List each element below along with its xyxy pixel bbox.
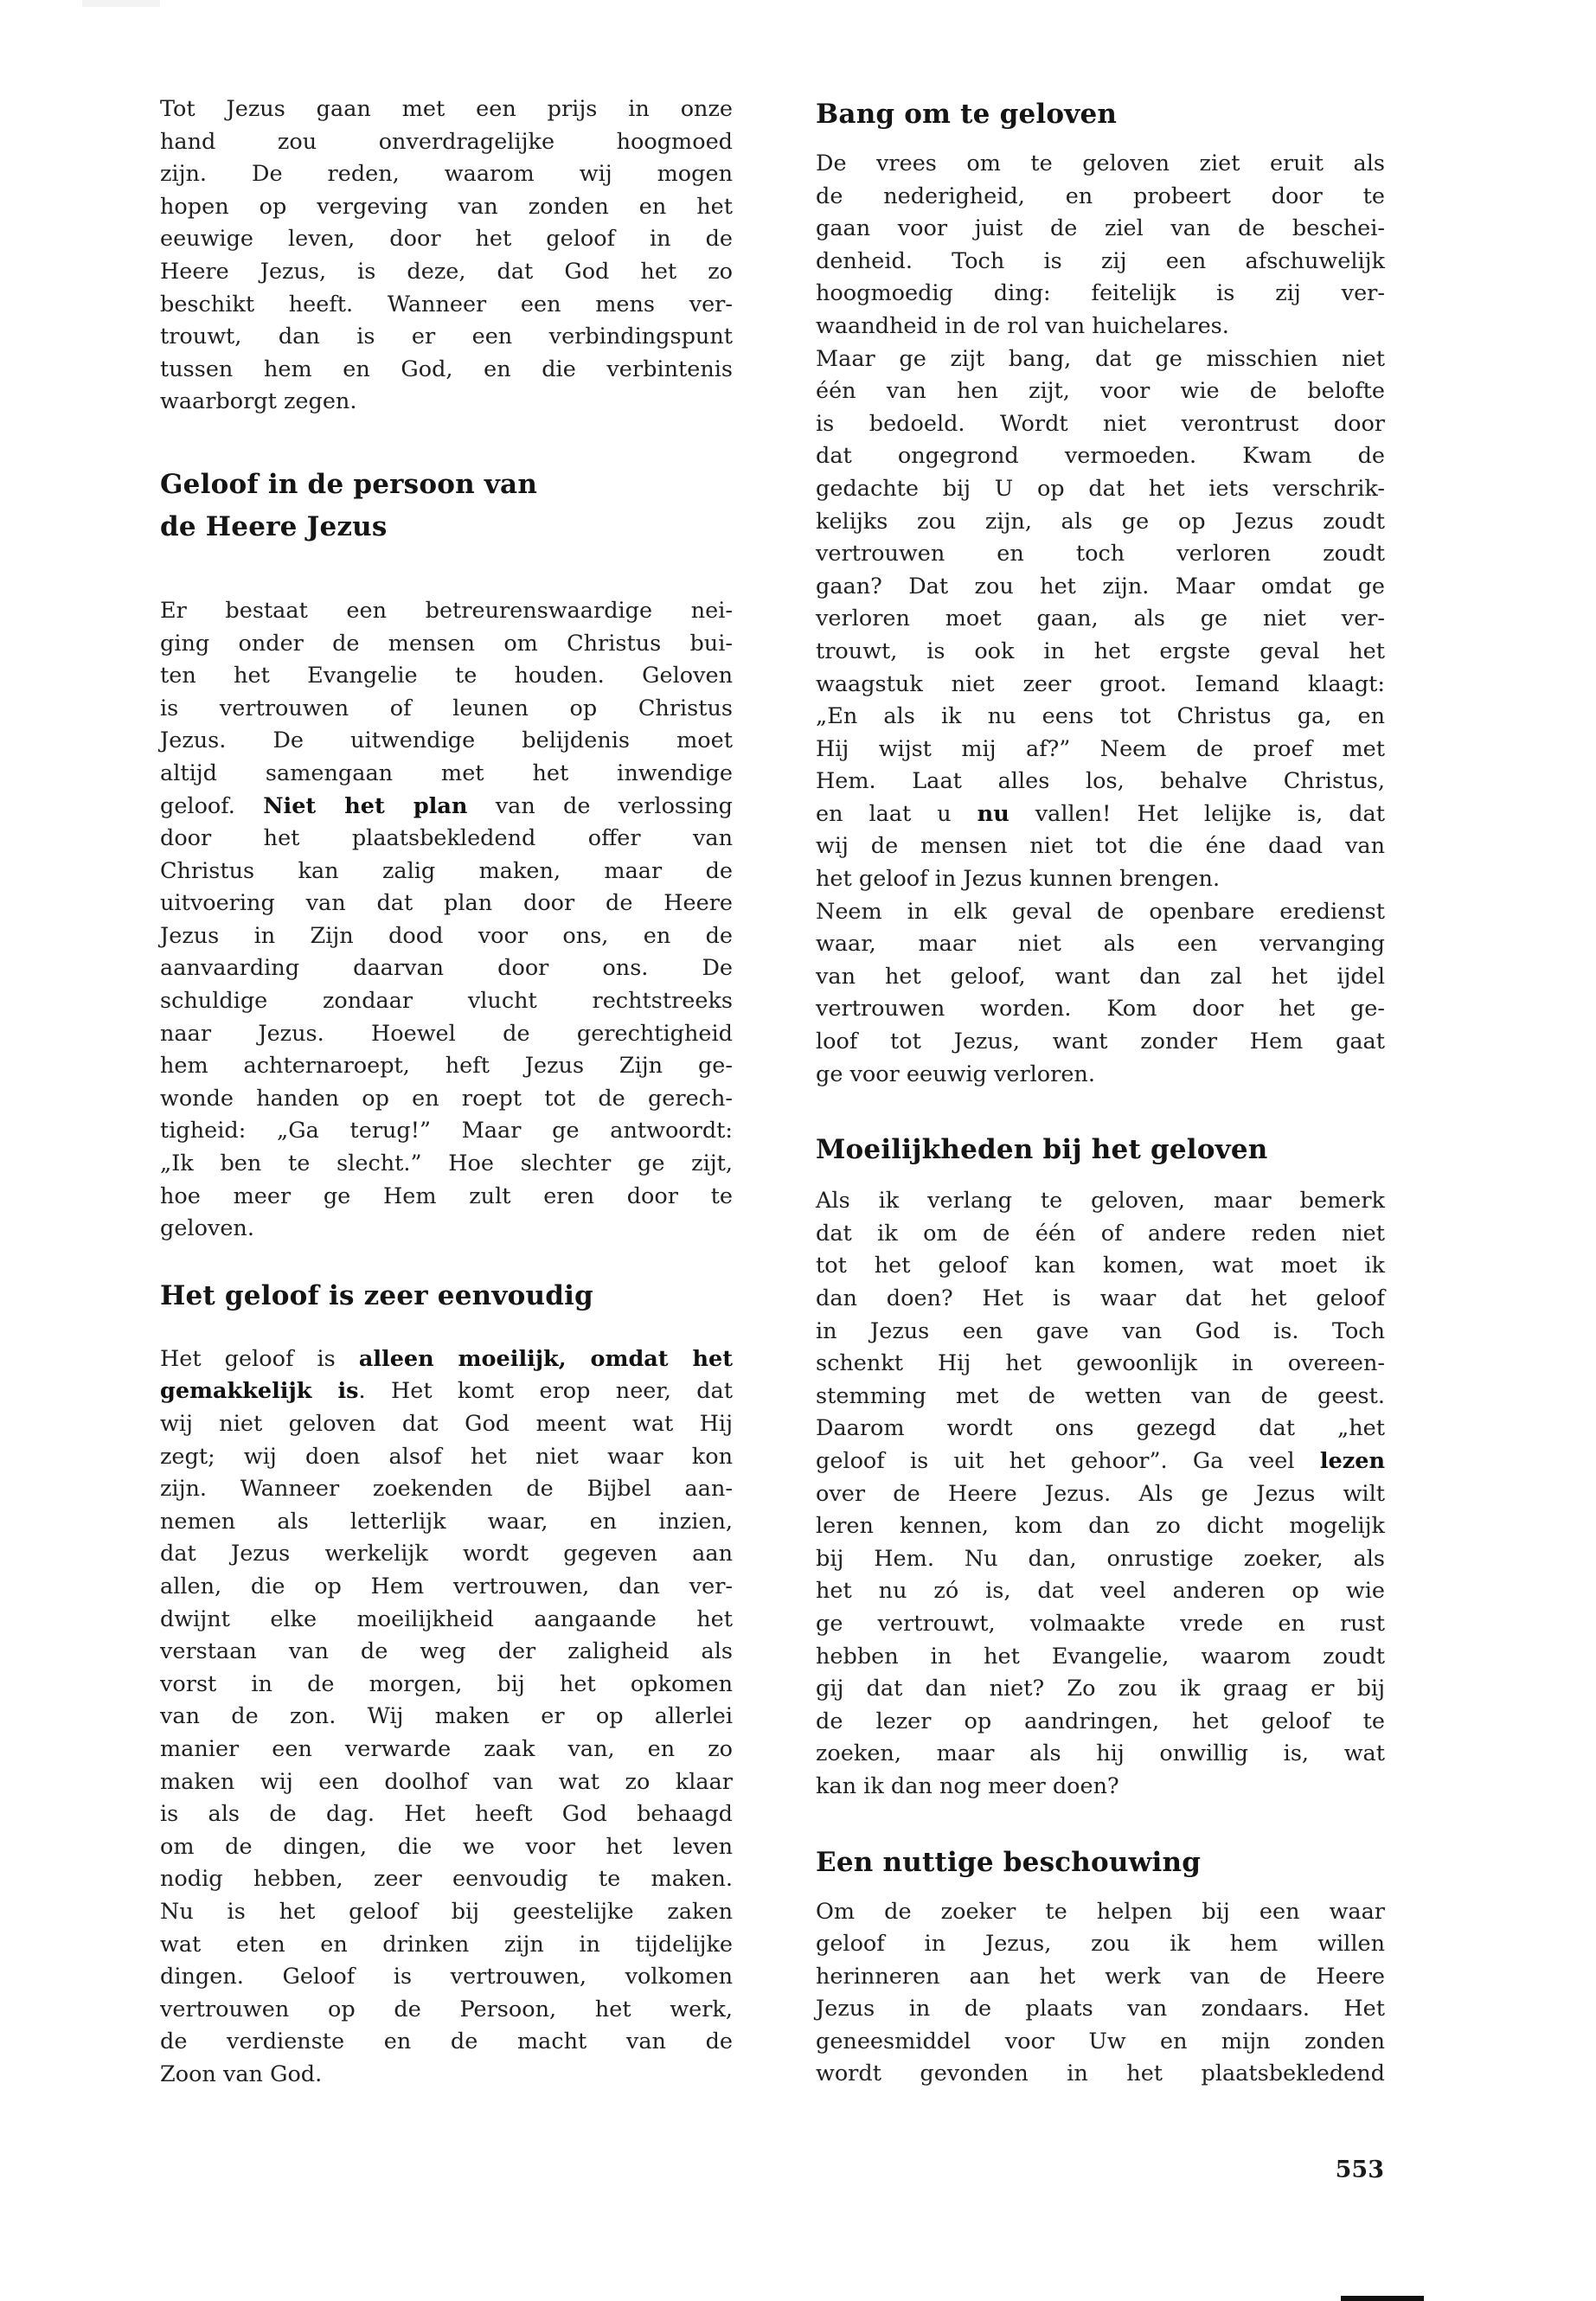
text-line: schenkt Hij het gewoonlijk in overeen-: [816, 1348, 1385, 1381]
spacer: [816, 1804, 1385, 1842]
text-line: gemakkelijk is. Het komt erop neer, dat: [160, 1375, 733, 1408]
text-line: om de dingen, die we voor het leven: [160, 1831, 733, 1864]
text-line: vertrouwen op de Persoon, het werk,: [160, 1994, 733, 2027]
text-line: is vertrouwen of leunen op Christus: [160, 693, 733, 726]
text-line: door het plaatsbekledend offer van: [160, 823, 733, 856]
text-line: over de Heere Jezus. Als ge Jezus wilt: [816, 1478, 1385, 1511]
text-line: van het geloof, want dan zal het ijdel: [816, 961, 1385, 994]
bold-phrase: alleen moeilijk, omdat het: [359, 1346, 733, 1372]
text-line: stemming met de wetten van de geest.: [816, 1381, 1385, 1413]
text-line: één van hen zijt, voor wie de belofte: [816, 375, 1385, 408]
spacer: [816, 1884, 1385, 1896]
text-line: „Ik ben te slecht.” Hoe slechter ge zijt…: [160, 1148, 733, 1181]
text-line: beschikt heeft. Wanneer een mens ver-: [160, 289, 733, 322]
text-run: vallen! Het lelijke is, dat: [1010, 801, 1385, 827]
text-line: is als de dag. Het heeft God behaagd: [160, 1798, 733, 1831]
scan-artifact: [82, 0, 160, 7]
right-column: Bang om te geloven De vrees om te gelove…: [816, 93, 1385, 2091]
text-line: gedachte bij U op dat het iets verschrik…: [816, 473, 1385, 506]
text-line: Er bestaat een betreurenswaardige nei-: [160, 595, 733, 628]
text-line: altijd samengaan met het inwendige: [160, 758, 733, 791]
text-line: ge voor eeuwig verloren.: [816, 1059, 1385, 1092]
text-line: waagstuk niet zeer groot. Iemand klaagt:: [816, 669, 1385, 702]
text-line: wonde handen op en roept tot de gerech-: [160, 1083, 733, 1116]
text-line: dan doen? Het is waar dat het geloof: [816, 1283, 1385, 1316]
text-line: waar, maar niet als een vervanging: [816, 928, 1385, 961]
text-line: geloof in Jezus, zou ik hem willen: [816, 1928, 1385, 1961]
text-line: gaan? Dat zou het zijn. Maar omdat ge: [816, 571, 1385, 604]
text-line: dat Jezus werkelijk wordt gegeven aan: [160, 1538, 733, 1571]
spacer: [160, 1317, 733, 1343]
spacer: [160, 419, 733, 464]
section-paragraph: Het geloof is alleen moeilijk, omdat het…: [160, 1343, 733, 2092]
section-paragraph: Als ik verlang te geloven, maar bemerk d…: [816, 1185, 1385, 1803]
text-line: het geloof in Jezus kunnen brengen.: [816, 863, 1385, 896]
text-line: waarborgt zegen.: [160, 386, 733, 419]
text-line: tigheid: „Ga terug!” Maar ge antwoordt:: [160, 1115, 733, 1148]
text-line: manier een verwarde zaak van, en zo: [160, 1734, 733, 1766]
text-run: Het geloof is: [160, 1346, 359, 1372]
section-paragraph: De vrees om te geloven ziet eruit als de…: [816, 148, 1385, 343]
text-run: van de verlossing: [467, 793, 733, 819]
section-paragraph: Om de zoeker te helpen bij een waar gelo…: [816, 1896, 1385, 2092]
text-line: Heere Jezus, is deze, dat God het zo: [160, 256, 733, 289]
text-line: gaan voor juist de ziel van de beschei-: [816, 213, 1385, 246]
text-line: dat ongegrond vermoeden. Kwam de: [816, 440, 1385, 473]
text-line: uitvoering van dat plan door de Heere: [160, 888, 733, 920]
text-line: Het geloof is alleen moeilijk, omdat het: [160, 1343, 733, 1376]
text-line: nodig hebben, zeer eenvoudig te maken.: [160, 1863, 733, 1896]
section-paragraph: Maar ge zijt bang, dat ge misschien niet…: [816, 343, 1385, 896]
text-line: nemen als letterlijk waar, en inzien,: [160, 1506, 733, 1539]
text-line: Jezus in Zijn dood voor ons, en de: [160, 920, 733, 953]
text-line: Om de zoeker te helpen bij een waar: [816, 1896, 1385, 1929]
spacer: [816, 136, 1385, 148]
text-line: zegt; wij doen alsof het niet waar kon: [160, 1441, 733, 1474]
text-line: allen, die op Hem vertrouwen, dan ver-: [160, 1571, 733, 1604]
text-line: Zoon van God.: [160, 2059, 733, 2092]
text-line: schuldige zondaar vlucht rechtstreeks: [160, 985, 733, 1018]
bold-phrase: gemakkelijk is: [160, 1378, 359, 1404]
text-line: dat ik om de één of andere reden niet: [816, 1218, 1385, 1251]
text-line: de nederigheid, en probeert door te: [816, 181, 1385, 214]
bold-phrase: nu: [977, 801, 1010, 827]
text-line: loof tot Jezus, want zonder Hem gaat: [816, 1026, 1385, 1059]
text-line: zijn. Wanneer zoekenden de Bijbel aan-: [160, 1473, 733, 1506]
text-line: Tot Jezus gaan met een prijs in onze: [160, 93, 733, 126]
text-line: „En als ik nu eens tot Christus ga, en: [816, 701, 1385, 734]
text-line: vertrouwen en toch verloren zoudt: [816, 538, 1385, 571]
text-line: dingen. Geloof is vertrouwen, volkomen: [160, 1961, 733, 1994]
text-line: wij de mensen niet tot die éne daad van: [816, 830, 1385, 863]
text-line: eeuwige leven, door het geloof in de: [160, 223, 733, 256]
text-line: Nu is het geloof bij geestelijke zaken: [160, 1896, 733, 1929]
text-run: geloof is uit het gehoor”. Ga veel: [816, 1448, 1320, 1474]
text-line: is bedoeld. Wordt niet verontrust door: [816, 408, 1385, 441]
text-line: vorst in de morgen, bij het opkomen: [160, 1669, 733, 1702]
text-line: ge vertrouwt, volmaakte vrede en rust: [816, 1608, 1385, 1641]
text-line: in Jezus een gave van God is. Toch: [816, 1316, 1385, 1349]
text-line: tot het geloof kan komen, wat moet ik: [816, 1250, 1385, 1283]
heading-line: de Heere Jezus: [160, 506, 733, 548]
spacer: [160, 1246, 733, 1275]
text-line: maken wij een doolhof van wat zo klaar: [160, 1766, 733, 1799]
text-line: Hem. Laat alles los, behalve Christus,: [816, 766, 1385, 798]
text-line: ging onder de mensen om Christus bui-: [160, 628, 733, 661]
heading-line: Geloof in de persoon van: [160, 464, 733, 506]
intro-paragraph: Tot Jezus gaan met een prijs in onze han…: [160, 93, 733, 419]
section-heading: Bang om te geloven: [816, 93, 1385, 136]
text-line: geloof. Niet het plan van de verlossing: [160, 791, 733, 824]
text-line: zoeken, maar als hij onwillig is, wat: [816, 1738, 1385, 1771]
text-line: van de zon. Wij maken er op allerlei: [160, 1701, 733, 1734]
text-line: verloren moet gaan, als ge niet ver-: [816, 603, 1385, 636]
text-line: geloven.: [160, 1213, 733, 1246]
text-line: gij dat dan niet? Zo zou ik graag er bij: [816, 1673, 1385, 1706]
text-line: hoe meer ge Hem zult eren door te: [160, 1181, 733, 1214]
text-line: kelijks zou zijn, als ge op Jezus zoudt: [816, 506, 1385, 539]
text-line: leren kennen, kom dan zo dicht mogelijk: [816, 1510, 1385, 1543]
text-line: Als ik verlang te geloven, maar bemerk: [816, 1185, 1385, 1218]
section-paragraph: Er bestaat een betreurenswaardige nei- g…: [160, 595, 733, 1246]
text-line: Hij wijst mij af?” Neem de proef met: [816, 734, 1385, 766]
text-line: het nu zó is, dat veel anderen op wie: [816, 1575, 1385, 1608]
text-line: en laat u nu vallen! Het lelijke is, dat: [816, 798, 1385, 831]
text-line: Daarom wordt ons gezegd dat „het: [816, 1413, 1385, 1445]
text-run: . Het komt erop neer, dat: [359, 1378, 733, 1404]
section-heading: Een nuttige beschouwing: [816, 1842, 1385, 1884]
text-line: hand zou onverdragelijke hoogmoed: [160, 126, 733, 159]
text-line: dwijnt elke moeilijkheid aangaande het: [160, 1604, 733, 1637]
text-line: geloof is uit het gehoor”. Ga veel lezen: [816, 1445, 1385, 1478]
text-line: hopen op vergeving van zonden en het: [160, 191, 733, 224]
section-heading: Geloof in de persoon van de Heere Jezus: [160, 464, 733, 548]
bold-phrase: lezen: [1320, 1448, 1385, 1474]
text-line: trouwt, is ook in het ergste geval het: [816, 636, 1385, 669]
text-line: bij Hem. Nu dan, onrustige zoeker, als: [816, 1543, 1385, 1576]
text-line: kan ik dan nog meer doen?: [816, 1771, 1385, 1804]
text-line: Maar ge zijt bang, dat ge misschien niet: [816, 343, 1385, 376]
text-line: vertrouwen worden. Kom door het ge-: [816, 993, 1385, 1026]
text-line: Neem in elk geval de openbare eredienst: [816, 896, 1385, 929]
text-line: verstaan van de weg der zaligheid als: [160, 1636, 733, 1669]
text-line: Jezus. De uitwendige belijdenis moet: [160, 725, 733, 758]
text-line: de lezer op aandringen, het geloof te: [816, 1706, 1385, 1739]
text-line: tussen hem en God, en die verbintenis: [160, 354, 733, 387]
spacer: [816, 1171, 1385, 1185]
text-line: wij niet geloven dat God meent wat Hij: [160, 1408, 733, 1441]
text-line: wat eten en drinken zijn in tijdelijke: [160, 1929, 733, 1962]
text-run: geloof.: [160, 793, 263, 819]
text-line: wordt gevonden in het plaatsbekledend: [816, 2058, 1385, 2091]
text-line: geneesmiddel voor Uw en mijn zonden: [816, 2026, 1385, 2059]
text-line: trouwt, dan is er een verbindingspunt: [160, 321, 733, 354]
spacer: [160, 548, 733, 595]
text-line: hoogmoedig ding: feitelijk is zij ver-: [816, 278, 1385, 311]
text-line: naar Jezus. Hoewel de gerechtigheid: [160, 1018, 733, 1051]
text-line: herinneren aan het werk van de Heere: [816, 1961, 1385, 1994]
text-line: ten het Evangelie te houden. Geloven: [160, 660, 733, 693]
bold-phrase: Niet het plan: [263, 793, 467, 819]
text-line: Jezus in de plaats van zondaars. Het: [816, 1993, 1385, 2026]
page-number: 553: [1336, 2157, 1384, 2183]
text-line: denheid. Toch is zij een afschuwelijk: [816, 246, 1385, 279]
text-line: Christus kan zalig maken, maar de: [160, 856, 733, 888]
section-heading: Het geloof is zeer eenvoudig: [160, 1275, 733, 1317]
section-heading: Moeilijkheden bij het geloven: [816, 1129, 1385, 1171]
section-paragraph: Neem in elk geval de openbare eredienst …: [816, 896, 1385, 1092]
text-line: hebben in het Evangelie, waarom zoudt: [816, 1641, 1385, 1674]
text-line: zijn. De reden, waarom wij mogen: [160, 158, 733, 191]
spacer: [816, 1091, 1385, 1129]
text-line: aanvaarding daarvan door ons. De: [160, 952, 733, 985]
text-line: waandheid in de rol van huichelares.: [816, 311, 1385, 343]
text-line: de verdienste en de macht van de: [160, 2026, 733, 2059]
scan-artifact: [1341, 2296, 1424, 2301]
text-line: De vrees om te geloven ziet eruit als: [816, 148, 1385, 181]
text-run: en laat u: [816, 801, 977, 827]
text-line: hem achternaroept, heft Jezus Zijn ge-: [160, 1050, 733, 1083]
left-column: Tot Jezus gaan met een prijs in onze han…: [160, 93, 733, 2091]
